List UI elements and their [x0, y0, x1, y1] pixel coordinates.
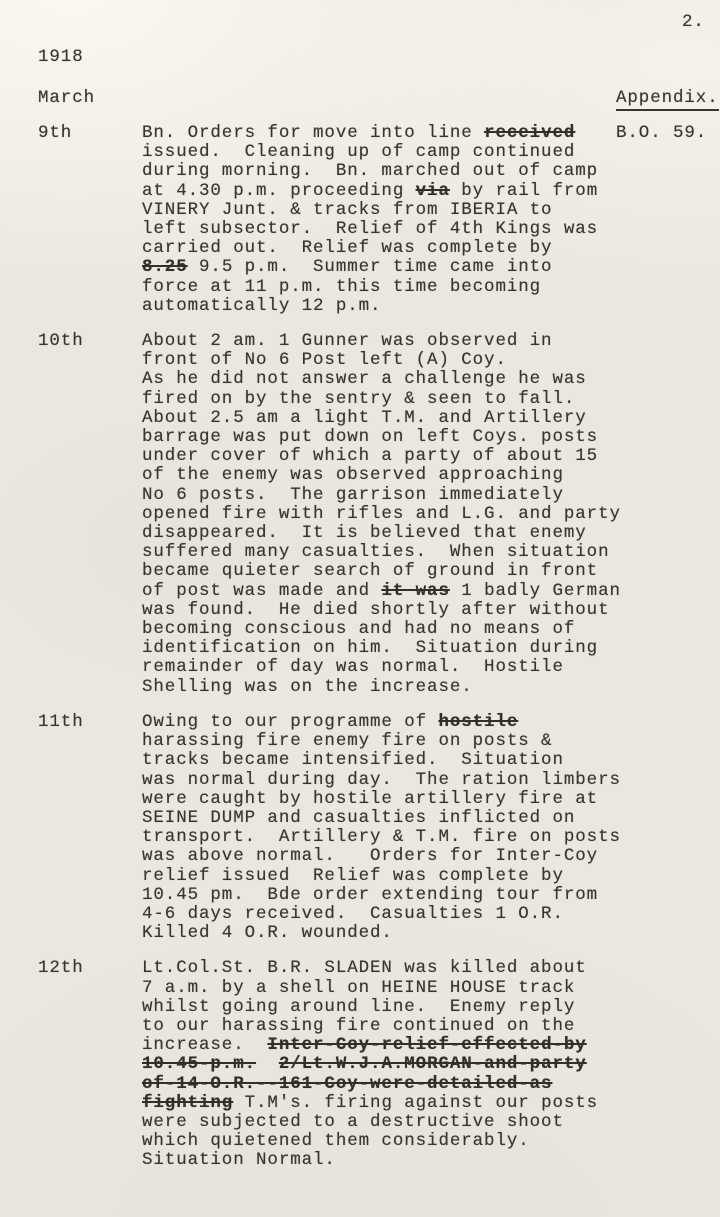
text-segment: harassing fire enemy fire on posts & [142, 731, 552, 751]
text-segment: was above normal. Orders for Inter-Coy [142, 846, 598, 866]
text-segment: As he did not answer a challenge he was [142, 369, 587, 389]
text-segment: becoming conscious and had no means of [142, 619, 575, 639]
text-segment: 4-6 days received. Casualties 1 O.R. [142, 904, 564, 924]
text-segment: VINERY Junt. & tracks from IBERIA to [142, 200, 552, 220]
entry-line: tracks became intensified. Situation [142, 751, 708, 770]
entry-line: to our harassing fire continued on the [142, 1017, 708, 1036]
struck-text: 8.25 [142, 257, 188, 277]
struck-text: 10.45-p.m. [142, 1054, 256, 1074]
struck-text: 2/Lt.W.J.A.MORGAN-and-party [279, 1054, 587, 1074]
entry-line: 10.45-p.m. 2/Lt.W.J.A.MORGAN-and-party [142, 1055, 708, 1074]
text-segment: barrage was put down on left Coys. posts [142, 427, 598, 447]
entry-line: were caught by hostile artillery fire at [142, 790, 708, 809]
text-segment: during morning. Bn. marched out of camp [142, 161, 598, 181]
text-segment: Owing to our programme of [142, 712, 438, 732]
struck-text: Inter-Coy-relief-effected-by [267, 1035, 586, 1055]
entry-line: became quieter search of ground in front [142, 562, 708, 581]
entry-line: whilst going around line. Enemy reply [142, 998, 708, 1017]
entry-line: As he did not answer a challenge he was [142, 370, 708, 389]
entry-line: of the enemy was observed approaching [142, 466, 708, 485]
month-label: March [38, 89, 95, 108]
diary-entry: 12thLt.Col.St. B.R. SLADEN was killed ab… [38, 959, 708, 1170]
text-segment: tracks became intensified. Situation [142, 750, 564, 770]
text-segment: remainder of day was normal. Hostile [142, 657, 564, 677]
entry-line: disappeared. It is believed that enemy [142, 524, 708, 543]
entry-line: Owing to our programme of hostile [142, 713, 708, 732]
text-segment: Lt.Col.St. B.R. SLADEN was killed about [142, 958, 587, 978]
text-segment: opened fire with rifles and L.G. and par… [142, 504, 621, 524]
text-segment: increase. [142, 1035, 267, 1055]
document-page: 2. 1918 March Appendix. 9thBn. Orders fo… [0, 0, 720, 1217]
text-segment: About 2.5 am a light T.M. and Artillery [142, 408, 587, 428]
entry-line: fighting T.M's. firing against our posts [142, 1094, 708, 1113]
text-segment: About 2 am. 1 Gunner was observed in [142, 331, 552, 351]
text-segment: 7 a.m. by a shell on HEINE HOUSE track [142, 978, 575, 998]
struck-text: via [416, 181, 450, 201]
text-segment: SEINE DUMP and casualties inflicted on [142, 808, 575, 828]
entry-line: identification on him. Situation during [142, 639, 708, 658]
entry-line: 4-6 days received. Casualties 1 O.R. [142, 905, 708, 924]
struck-text: received [484, 123, 575, 143]
entry-line: force at 11 p.m. this time becoming [142, 278, 708, 297]
entry-line: under cover of which a party of about 15 [142, 447, 708, 466]
struck-text: it was [381, 581, 449, 601]
entry-line: VINERY Junt. & tracks from IBERIA to [142, 201, 708, 220]
year-label: 1918 [38, 48, 84, 67]
entry-line: barrage was put down on left Coys. posts [142, 428, 708, 447]
text-segment: Situation Normal. [142, 1150, 336, 1170]
text-segment: which quietened them considerably. [142, 1131, 530, 1151]
entry-line: relief issued Relief was complete by [142, 867, 708, 886]
text-segment: of post was made and [142, 581, 381, 601]
diary-entry: 9thBn. Orders for move into line receive… [38, 124, 708, 316]
entry-line: increase. Inter-Coy-relief-effected-by [142, 1036, 708, 1055]
entry-line: during morning. Bn. marched out of camp [142, 162, 708, 181]
entry-line: About 2.5 am a light T.M. and Artillery [142, 409, 708, 428]
text-segment: T.M's. firing against our posts [233, 1093, 598, 1113]
text-segment: Shelling was on the increase. [142, 677, 473, 697]
text-segment: was normal during day. The ration limber… [142, 770, 621, 790]
text-segment: by rail from [450, 181, 598, 201]
text-segment: Killed 4 O.R. wounded. [142, 923, 393, 943]
text-segment: became quieter search of ground in front [142, 561, 598, 581]
entry-body: Bn. Orders for move into line receivedis… [142, 124, 708, 316]
text-segment: left subsector. Relief of 4th Kings was [142, 219, 598, 239]
struck-text: fighting [142, 1093, 233, 1113]
text-segment: whilst going around line. Enemy reply [142, 997, 575, 1017]
entry-line: 7 a.m. by a shell on HEINE HOUSE track [142, 979, 708, 998]
text-segment: 9.5 p.m. Summer time came into [188, 257, 553, 277]
entry-line: fired on by the sentry & seen to fall. [142, 390, 708, 409]
text-segment: force at 11 p.m. this time becoming [142, 277, 541, 297]
text-segment: to our harassing fire continued on the [142, 1016, 575, 1036]
entry-line: transport. Artillery & T.M. fire on post… [142, 828, 708, 847]
entry-line: at 4.30 p.m. proceeding via by rail from [142, 182, 708, 201]
text-segment: issued. Cleaning up of camp continued [142, 142, 575, 162]
entry-line: About 2 am. 1 Gunner was observed in [142, 332, 708, 351]
entry-line: was normal during day. The ration limber… [142, 771, 708, 790]
page-number: 2. [682, 13, 705, 32]
entry-line: SEINE DUMP and casualties inflicted on [142, 809, 708, 828]
entry-date: 10th [38, 332, 84, 351]
entry-date: 11th [38, 713, 84, 732]
entry-body: Owing to our programme of hostileharassi… [142, 713, 708, 943]
entry-line: 8.25 9.5 p.m. Summer time came into [142, 258, 708, 277]
text-segment: front of No 6 Post left (A) Coy. [142, 350, 507, 370]
entry-line: opened fire with rifles and L.G. and par… [142, 505, 708, 524]
appendix-ref: B.O. 59. [616, 124, 707, 143]
entry-line: were subjected to a destructive shoot [142, 1113, 708, 1132]
text-segment: carried out. Relief was complete by [142, 238, 552, 258]
diary-entries: 9thBn. Orders for move into line receive… [38, 124, 708, 1187]
entry-line: Lt.Col.St. B.R. SLADEN was killed about [142, 959, 708, 978]
text-segment: No 6 posts. The garrison immediately [142, 485, 564, 505]
entry-line: harassing fire enemy fire on posts & [142, 732, 708, 751]
text-segment: was found. He died shortly after without [142, 600, 609, 620]
text-segment: of the enemy was observed approaching [142, 465, 564, 485]
struck-text: hostile [438, 712, 518, 732]
entry-body: Lt.Col.St. B.R. SLADEN was killed about7… [142, 959, 708, 1170]
entry-line: which quietened them considerably. [142, 1132, 708, 1151]
entry-line: Situation Normal. [142, 1151, 708, 1170]
entry-line: issued. Cleaning up of camp continued [142, 143, 708, 162]
text-segment: were subjected to a destructive shoot [142, 1112, 564, 1132]
entry-body: About 2 am. 1 Gunner was observed infron… [142, 332, 708, 697]
text-segment: under cover of which a party of about 15 [142, 446, 598, 466]
text-segment: disappeared. It is believed that enemy [142, 523, 587, 543]
entry-line: of-14-O.R.--161-Coy-were-detailed-as [142, 1075, 708, 1094]
entry-line: suffered many casualties. When situation [142, 543, 708, 562]
text-segment: 1 badly German [450, 581, 621, 601]
text-segment: were caught by hostile artillery fire at [142, 789, 598, 809]
entry-date: 9th [38, 124, 72, 143]
entry-line: was found. He died shortly after without [142, 601, 708, 620]
entry-line: 10.45 pm. Bde order extending tour from [142, 886, 708, 905]
entry-line: carried out. Relief was complete by [142, 239, 708, 258]
text-segment: automatically 12 p.m. [142, 296, 381, 316]
entry-line: automatically 12 p.m. [142, 297, 708, 316]
text-segment: suffered many casualties. When situation [142, 542, 609, 562]
entry-date: 12th [38, 959, 84, 978]
appendix-header: Appendix. [616, 89, 719, 111]
entry-line: was above normal. Orders for Inter-Coy [142, 847, 708, 866]
entry-line: left subsector. Relief of 4th Kings was [142, 220, 708, 239]
text-segment: identification on him. Situation during [142, 638, 598, 658]
text-segment: transport. Artillery & T.M. fire on post… [142, 827, 621, 847]
text-segment: at 4.30 p.m. proceeding [142, 181, 416, 201]
struck-text: of-14-O.R.--161-Coy-were-detailed-as [142, 1074, 552, 1094]
text-segment: 10.45 pm. Bde order extending tour from [142, 885, 598, 905]
text-segment [256, 1054, 279, 1074]
entry-line: of post was made and it was 1 badly Germ… [142, 582, 708, 601]
diary-entry: 11thOwing to our programme of hostilehar… [38, 713, 708, 943]
text-segment: Bn. Orders for move into line [142, 123, 484, 143]
entry-line: becoming conscious and had no means of [142, 620, 708, 639]
entry-line: front of No 6 Post left (A) Coy. [142, 351, 708, 370]
text-segment: relief issued Relief was complete by [142, 866, 564, 886]
diary-entry: 10thAbout 2 am. 1 Gunner was observed in… [38, 332, 708, 697]
entry-line: remainder of day was normal. Hostile [142, 658, 708, 677]
entry-line: Shelling was on the increase. [142, 678, 708, 697]
entry-line: No 6 posts. The garrison immediately [142, 486, 708, 505]
entry-line: Killed 4 O.R. wounded. [142, 924, 708, 943]
text-segment: fired on by the sentry & seen to fall. [142, 389, 575, 409]
